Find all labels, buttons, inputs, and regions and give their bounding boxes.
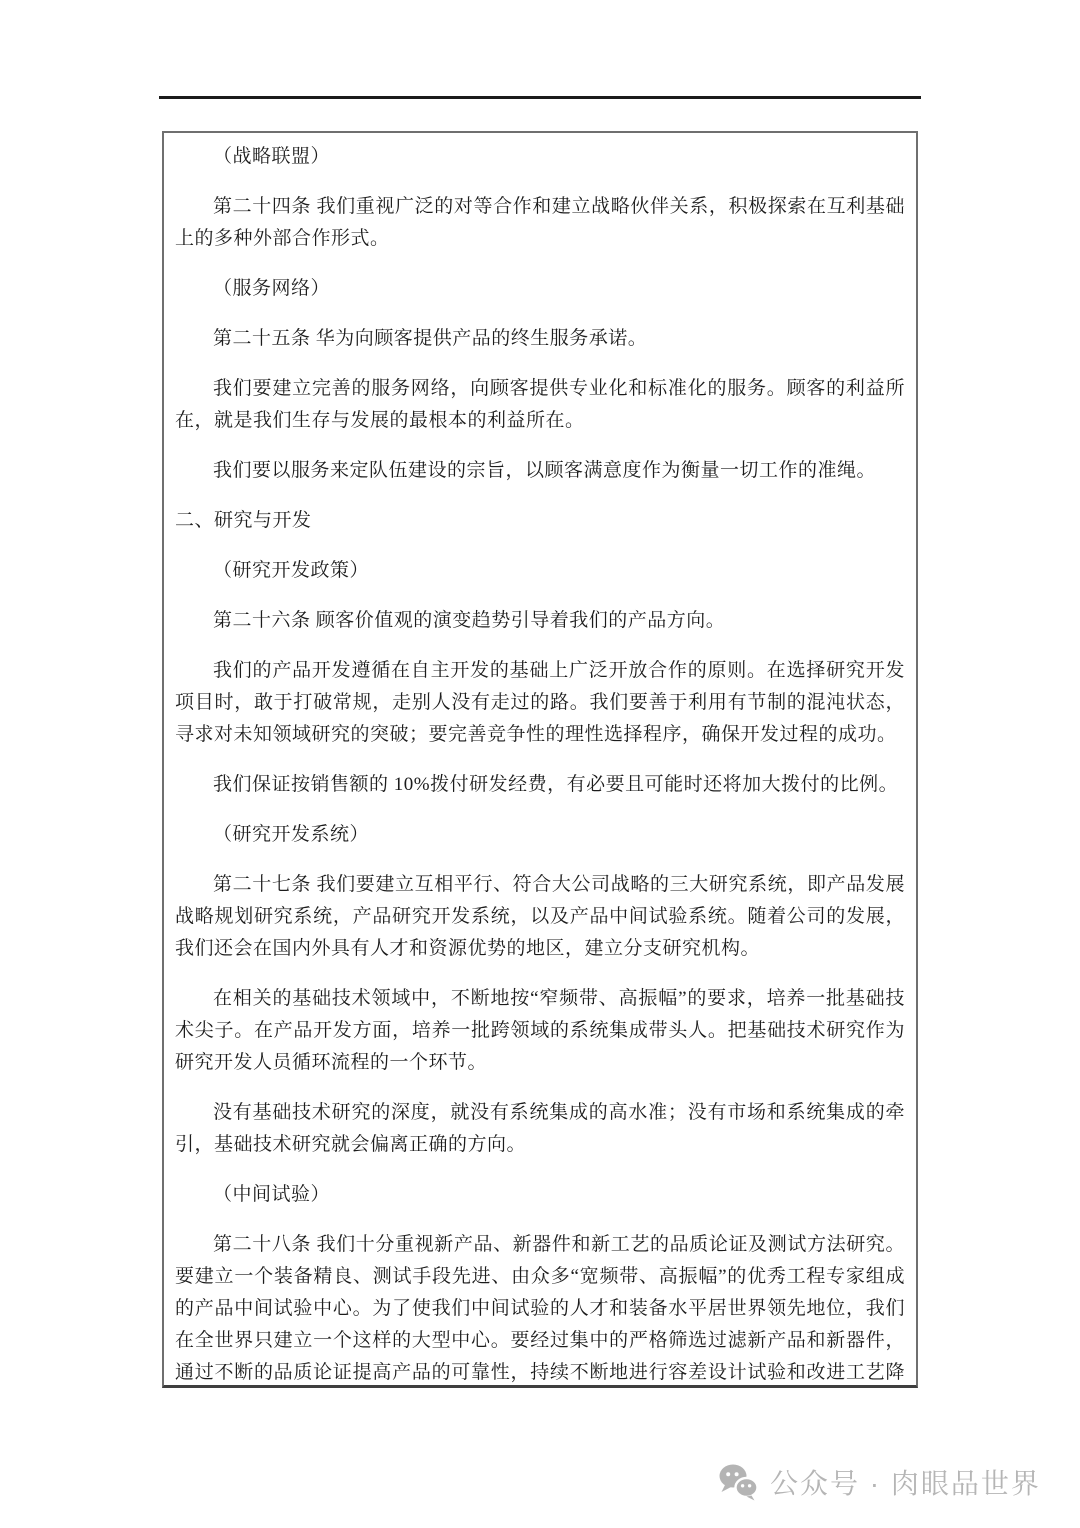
document-page: （战略联盟）第二十四条 我们重视广泛的对等合作和建立战略伙伴关系，积极探索在互利… <box>0 0 1080 1528</box>
paragraph: 第二十五条 华为向顾客提供产品的终生服务承诺。 <box>175 323 905 355</box>
wechat-icon <box>718 1463 760 1501</box>
paragraph: （服务网络） <box>175 273 905 305</box>
paragraph: 第二十八条 我们十分重视新产品、新器件和新工艺的品质论证及测试方法研究。要建立一… <box>175 1229 905 1388</box>
paragraph: 第二十六条 顾客价值观的演变趋势引导着我们的产品方向。 <box>175 605 905 637</box>
watermark: 公众号 · 肉眼品世界 <box>718 1462 1041 1502</box>
paragraph: 第二十四条 我们重视广泛的对等合作和建立战略伙伴关系，积极探索在互利基础上的多种… <box>175 191 905 255</box>
paragraph: 我们要建立完善的服务网络，向顾客提供专业化和标准化的服务。顾客的利益所在，就是我… <box>175 373 905 437</box>
paragraph: 我们的产品开发遵循在自主开发的基础上广泛开放合作的原则。在选择研究开发项目时，敢… <box>175 655 905 751</box>
paragraph: 我们要以服务来定队伍建设的宗旨，以顾客满意度作为衡量一切工作的准绳。 <box>175 455 905 487</box>
document-content-box: （战略联盟）第二十四条 我们重视广泛的对等合作和建立战略伙伴关系，积极探索在互利… <box>162 131 918 1388</box>
paragraph: 在相关的基础技术领域中，不断地按“窄频带、高振幅”的要求，培养一批基础技术尖子。… <box>175 983 905 1079</box>
paragraph: 第二十七条 我们要建立互相平行、符合大公司战略的三大研究系统，即产品发展战略规划… <box>175 869 905 965</box>
paragraph: （研究开发政策） <box>175 555 905 587</box>
paragraph: 我们保证按销售额的 10%拨付研发经费，有必要且可能时还将加大拨付的比例。 <box>175 769 905 801</box>
header-rule <box>159 96 921 99</box>
watermark-text: 公众号 · 肉眼品世界 <box>770 1462 1041 1502</box>
paragraph: （战略联盟） <box>175 141 905 173</box>
paragraph: 二、研究与开发 <box>175 505 905 537</box>
paragraph: （中间试验） <box>175 1179 905 1211</box>
paragraph: （研究开发系统） <box>175 819 905 851</box>
paragraph: 没有基础技术研究的深度，就没有系统集成的高水准；没有市场和系统集成的牵引，基础技… <box>175 1097 905 1161</box>
